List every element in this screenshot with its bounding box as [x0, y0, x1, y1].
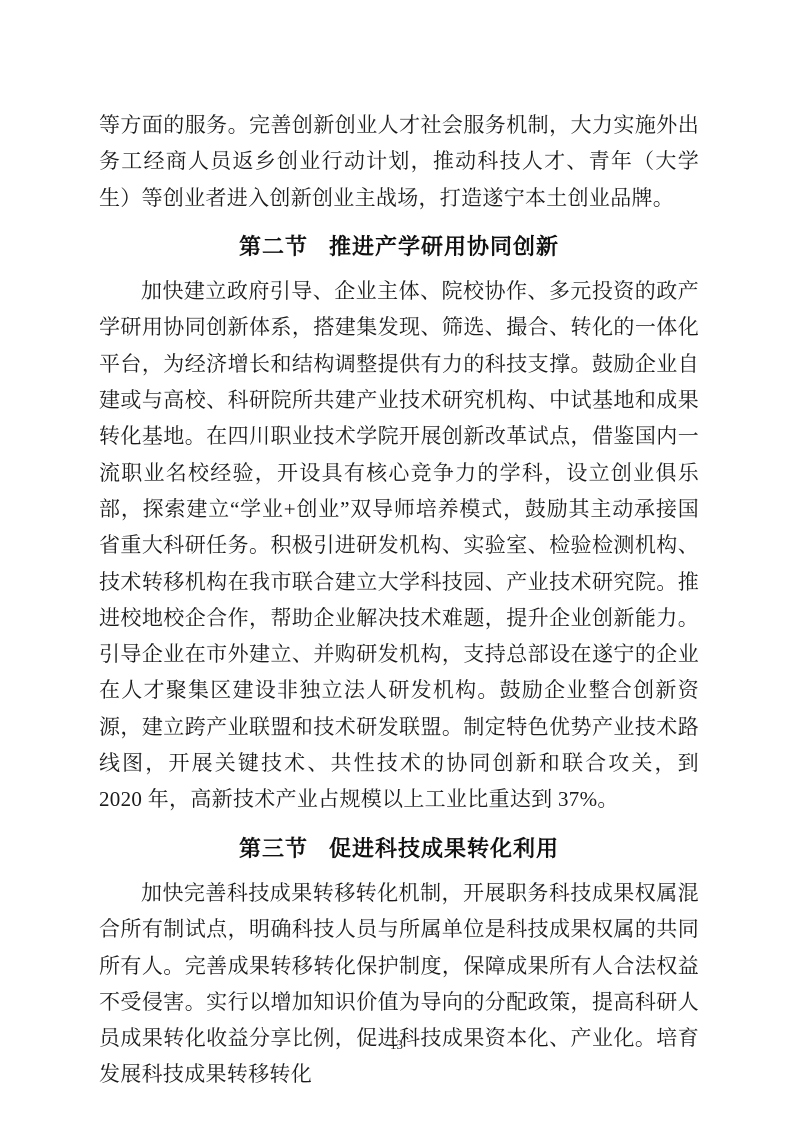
section-3-label: 第三节: [239, 836, 308, 861]
section-heading-3: 第三节促进科技成果转化利用: [99, 831, 699, 867]
page-number: 13: [0, 1037, 793, 1053]
page-content: 等方面的服务。完善创新创业人才社会服务机制，大力实施外出务工经商人员返乡创业行动…: [99, 107, 699, 1093]
paragraph-continuation: 等方面的服务。完善创新创业人才社会服务机制，大力实施外出务工经商人员返乡创业行动…: [99, 107, 699, 216]
section-3-paragraph: 加快完善科技成果转移转化机制，开展职务科技成果权属混合所有制试点，明确科技人员与…: [99, 875, 699, 1093]
section-2-label: 第二节: [239, 234, 308, 259]
document-page: 等方面的服务。完善创新创业人才社会服务机制，大力实施外出务工经商人员返乡创业行动…: [0, 0, 793, 1122]
section-3-title: 促进科技成果转化利用: [329, 836, 559, 861]
section-2-title: 推进产学研用协同创新: [329, 234, 559, 259]
section-heading-2: 第二节推进产学研用协同创新: [99, 229, 699, 265]
section-2-paragraph: 加快建立政府引导、企业主体、院校协作、多元投资的政产学研用协同创新体系，搭建集发…: [99, 273, 699, 817]
